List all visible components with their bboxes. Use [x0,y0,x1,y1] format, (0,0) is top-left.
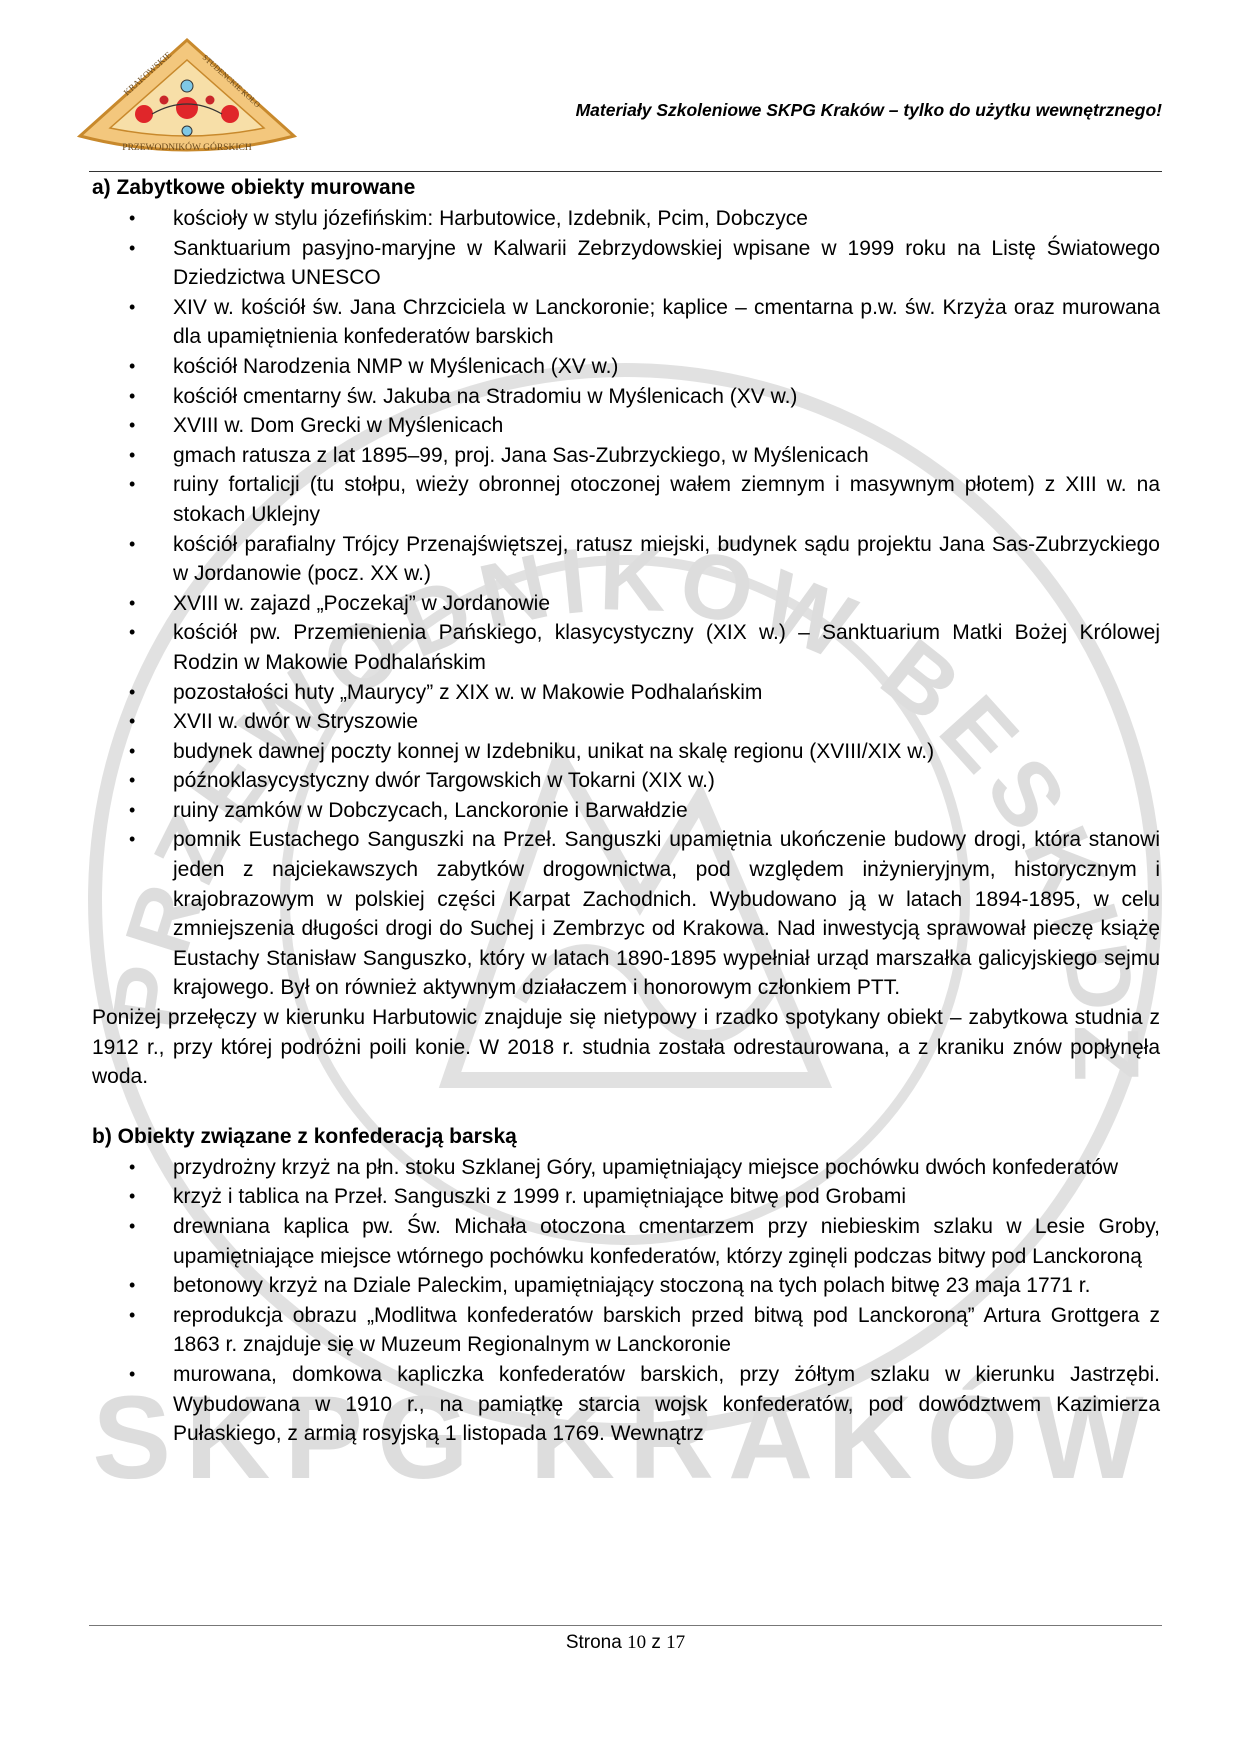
bullet-icon: • [129,1182,135,1212]
bullet-icon: • [129,352,135,382]
list-item-text: XIV w. kościół św. Jana Chrzciciela w La… [173,296,1160,349]
section-heading-b: b) Obiekty związane z konfederacją barsk… [92,1121,1160,1153]
bullet-icon: • [129,411,135,441]
bullet-icon: • [129,382,135,412]
list-item-text: ruiny zamków w Dobczycach, Lanckoronie i… [173,799,688,822]
list-item: •przydrożny krzyż na płn. stoku Szklanej… [173,1153,1160,1183]
section-b-list: •przydrożny krzyż na płn. stoku Szklanej… [92,1153,1160,1449]
list-item: •kościół parafialny Trójcy Przenajświęts… [173,530,1160,589]
list-item-text: murowana, domkowa kapliczka konfederatów… [173,1363,1160,1445]
section-heading-a: a) Zabytkowe obiekty murowane [92,172,1160,204]
page-number: 10 [627,1632,646,1653]
list-item: •późnoklasycystyczny dwór Targowskich w … [173,766,1160,796]
list-item-text: kościół parafialny Trójcy Przenajświętsz… [173,533,1160,586]
bullet-icon: • [129,707,135,737]
document-body: a) Zabytkowe obiekty murowane •kościoły … [92,172,1160,1449]
list-item-text: XVIII w. zajazd „Poczekaj” w Jordanowie [173,592,550,615]
list-item-text: kościół cmentarny św. Jakuba na Stradomi… [173,385,797,408]
list-item: •budynek dawnej poczty konnej w Izdebnik… [173,737,1160,767]
list-item-text: drewniana kaplica pw. Św. Michała otoczo… [173,1215,1160,1268]
list-item: •pomnik Eustachego Sanguszki na Przeł. S… [173,825,1160,1003]
list-item: •XVIII w. zajazd „Poczekaj” w Jordanowie [173,589,1160,619]
list-item-text: ruiny fortalicji (tu stołpu, wieży obron… [173,473,1160,526]
list-item: •kościół Narodzenia NMP w Myślenicach (X… [173,352,1160,382]
bullet-icon: • [129,441,135,471]
bullet-icon: • [129,1301,135,1331]
list-item: •murowana, domkowa kapliczka konfederató… [173,1360,1160,1449]
bullet-icon: • [129,678,135,708]
list-item: •ruiny fortalicji (tu stołpu, wieży obro… [173,470,1160,529]
list-item-text: XVII w. dwór w Stryszowie [173,710,418,733]
list-item-text: krzyż i tablica na Przeł. Sanguszki z 19… [173,1185,906,1208]
list-item-text: reprodukcja obrazu „Modlitwa konfederató… [173,1304,1160,1357]
list-item: •drewniana kaplica pw. Św. Michała otocz… [173,1212,1160,1271]
bullet-icon: • [129,204,135,234]
spacer [92,1092,1160,1121]
list-item: •Sanktuarium pasyjno-maryjne w Kalwarii … [173,234,1160,293]
list-item: •reprodukcja obrazu „Modlitwa konfederat… [173,1301,1160,1360]
header-title: Materiały Szkoleniowe SKPG Kraków – tylk… [440,100,1162,121]
list-item: •kościół cmentarny św. Jakuba na Stradom… [173,382,1160,412]
list-item: •XVII w. dwór w Stryszowie [173,707,1160,737]
list-item: •kościół pw. Przemienienia Pańskiego, kl… [173,618,1160,677]
bullet-icon: • [129,589,135,619]
list-item-text: kościoły w stylu józefińskim: Harbutowic… [173,207,808,230]
bullet-icon: • [129,1271,135,1301]
bullet-icon: • [129,1212,135,1242]
bullet-icon: • [129,825,135,855]
bullet-icon: • [129,618,135,648]
skpg-logo-icon: KRAKOWSKIE STUDENCKIE KOŁO PRZEWODNIKÓW … [72,36,302,156]
bullet-icon: • [129,1360,135,1390]
svg-text:PRZEWODNIKÓW GÓRSKICH: PRZEWODNIKÓW GÓRSKICH [122,141,252,153]
section-a-list: •kościoły w stylu józefińskim: Harbutowi… [92,204,1160,1003]
list-item: •krzyż i tablica na Przeł. Sanguszki z 1… [173,1182,1160,1212]
page-footer: Strona 10 z 17 [89,1632,1162,1654]
list-item: •pozostałości huty „Maurycy” z XIX w. w … [173,678,1160,708]
footer-of: z [651,1632,661,1653]
list-item-text: pozostałości huty „Maurycy” z XIX w. w M… [173,681,762,704]
list-item-text: przydrożny krzyż na płn. stoku Szklanej … [173,1156,1118,1179]
bullet-icon: • [129,530,135,560]
bullet-icon: • [129,1153,135,1183]
footer-divider [89,1625,1162,1626]
bullet-icon: • [129,470,135,500]
list-item: •ruiny zamków w Dobczycach, Lanckoronie … [173,796,1160,826]
list-item: •kościoły w stylu józefińskim: Harbutowi… [173,204,1160,234]
list-item: •XVIII w. Dom Grecki w Myślenicach [173,411,1160,441]
bullet-icon: • [129,766,135,796]
bullet-icon: • [129,737,135,767]
list-item-text: betonowy krzyż na Dziale Paleckim, upami… [173,1274,1090,1297]
list-item-text: budynek dawnej poczty konnej w Izdebniku… [173,740,934,763]
page-total: 17 [666,1632,685,1653]
list-item-text: Sanktuarium pasyjno-maryjne w Kalwarii Z… [173,237,1160,290]
bullet-icon: • [129,796,135,826]
list-item-text: kościół Narodzenia NMP w Myślenicach (XV… [173,355,618,378]
list-item-text: pomnik Eustachego Sanguszki na Przeł. Sa… [173,828,1160,999]
footer-label: Strona [566,1632,622,1653]
list-item-text: kościół pw. Przemienienia Pańskiego, kla… [173,621,1160,674]
bullet-icon: • [129,293,135,323]
list-item: •gmach ratusza z lat 1895–99, proj. Jana… [173,441,1160,471]
list-item-text: późnoklasycystyczny dwór Targowskich w T… [173,769,715,792]
list-item: •betonowy krzyż na Dziale Paleckim, upam… [173,1271,1160,1301]
bullet-icon: • [129,234,135,264]
list-item-text: XVIII w. Dom Grecki w Myślenicach [173,414,503,437]
list-item: •XIV w. kościół św. Jana Chrzciciela w L… [173,293,1160,352]
paragraph-studnia: Poniżej przełęczy w kierunku Harbutowic … [92,1003,1160,1092]
list-item-text: gmach ratusza z lat 1895–99, proj. Jana … [173,444,869,467]
